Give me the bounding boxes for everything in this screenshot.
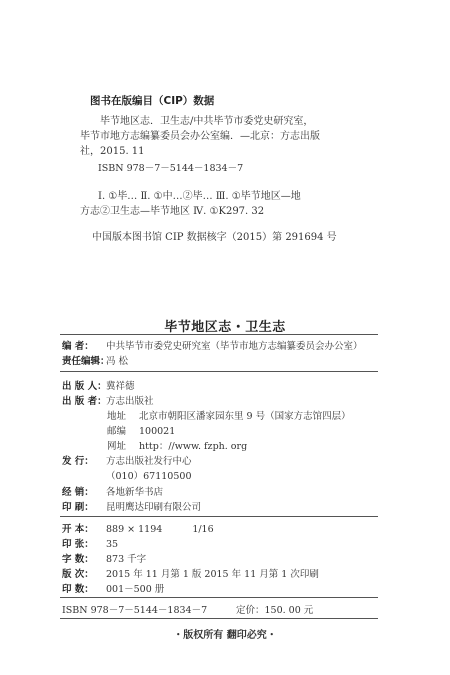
print-run-value: 001－500 册 bbox=[106, 584, 164, 595]
address-value: 北京市朝阳区潘家园东里 9 号（国家方志馆四层） bbox=[139, 411, 351, 422]
website-row: 网址http：//www. fzph. org bbox=[107, 438, 247, 452]
sheets-value: 35 bbox=[106, 539, 118, 550]
divider bbox=[60, 334, 378, 335]
address-row: 地址北京市朝阳区潘家园东里 9 号（国家方志馆四层） bbox=[107, 408, 351, 422]
distribution-label: 发 行： bbox=[62, 453, 106, 467]
sales-label: 经 销： bbox=[62, 484, 106, 498]
divider bbox=[60, 618, 378, 619]
format-value: 889 × 1194 bbox=[106, 524, 162, 535]
format-label: 开 本： bbox=[62, 521, 106, 535]
responsible-editor-label: 责任编辑： bbox=[62, 353, 106, 367]
editor-label: 编 者： bbox=[62, 338, 106, 352]
price-row: 定价：150. 00 元 bbox=[236, 602, 313, 616]
publisher-person-row: 出 版 人：冀祥德 bbox=[62, 378, 135, 392]
print-run-label: 印 数： bbox=[62, 581, 106, 595]
copyright-notice: ・版权所有 翻印必究・ bbox=[0, 626, 450, 641]
publisher-person-value: 冀祥德 bbox=[106, 381, 135, 392]
phone-value: （010）67110500 bbox=[106, 471, 192, 482]
divider bbox=[60, 371, 378, 372]
printer-row: 印 刷：昆明鹰达印刷有限公司 bbox=[62, 499, 201, 513]
postcode-value: 100021 bbox=[139, 426, 175, 437]
sheets-row: 印 张：35 bbox=[62, 536, 118, 550]
publisher-value: 方志出版社 bbox=[106, 396, 154, 407]
phone-row: （010）67110500 bbox=[106, 468, 192, 482]
distribution-row: 发 行：方志出版社发行中心 bbox=[62, 453, 192, 467]
edition-label: 版 次： bbox=[62, 566, 106, 580]
edition-row: 版 次：2015 年 11 月第 1 版 2015 年 11 月第 1 次印刷 bbox=[62, 566, 319, 580]
printer-value: 昆明鹰达印刷有限公司 bbox=[106, 502, 201, 513]
words-label: 字 数： bbox=[62, 551, 106, 565]
responsible-editor-row: 责任编辑：冯 松 bbox=[62, 353, 128, 367]
cip-line: 社，2015. 11 bbox=[80, 142, 145, 157]
cip-line: 毕节地区志．卫生志/中共毕节市委党史研究室， bbox=[100, 112, 313, 127]
isbn-row: ISBN 978－7－5144－1834－7 bbox=[62, 602, 207, 616]
words-row: 字 数：873 千字 bbox=[62, 551, 146, 565]
printer-label: 印 刷： bbox=[62, 499, 106, 513]
publisher-label: 出 版 者： bbox=[62, 393, 106, 407]
print-run-row: 印 数：001－500 册 bbox=[62, 581, 164, 595]
cip-line: 方志②卫生志—毕节地区 Ⅳ. ①K297. 32 bbox=[80, 202, 264, 217]
cip-heading: 图书在版编目（CIP）数据 bbox=[90, 93, 214, 108]
editor-row: 编 者：中共毕节市委党史研究室（毕节市地方志编纂委员会办公室） bbox=[62, 338, 363, 352]
book-title: 毕节地区志・卫生志 bbox=[0, 316, 450, 335]
price-value: 定价：150. 00 元 bbox=[236, 605, 313, 616]
cip-isbn: ISBN 978－7－5144－1834－7 bbox=[98, 160, 243, 174]
sales-row: 经 销：各地新华书店 bbox=[62, 484, 163, 498]
words-value: 873 千字 bbox=[106, 554, 146, 565]
sheets-label: 印 张： bbox=[62, 536, 106, 550]
format-fraction: 1/16 bbox=[192, 524, 213, 535]
postcode-row: 邮编100021 bbox=[107, 423, 175, 437]
sales-value: 各地新华书店 bbox=[106, 487, 163, 498]
publisher-person-label: 出 版 人： bbox=[62, 378, 106, 392]
cip-line: 毕节市地方志编纂委员会办公室编．—北京：方志出版 bbox=[80, 127, 320, 142]
edition-value: 2015 年 11 月第 1 版 2015 年 11 月第 1 次印刷 bbox=[106, 569, 319, 580]
publisher-row: 出 版 者：方志出版社 bbox=[62, 393, 154, 407]
postcode-label: 邮编 bbox=[107, 423, 139, 437]
editor-value: 中共毕节市委党史研究室（毕节市地方志编纂委员会办公室） bbox=[106, 341, 363, 352]
distribution-value: 方志出版社发行中心 bbox=[106, 456, 192, 467]
isbn-value: ISBN 978－7－5144－1834－7 bbox=[62, 605, 207, 616]
divider bbox=[60, 516, 378, 517]
cip-record-number: 中国版本图书馆 CIP 数据核字（2015）第 291694 号 bbox=[92, 228, 337, 243]
cip-line: Ⅰ. ①毕… Ⅱ. ①中…②毕… Ⅲ. ①毕节地区—地 bbox=[98, 187, 301, 202]
format-row: 开 本：889 × 11941/16 bbox=[62, 521, 214, 535]
address-label: 地址 bbox=[107, 408, 139, 422]
website-label: 网址 bbox=[107, 438, 139, 452]
website-value: http：//www. fzph. org bbox=[139, 441, 247, 452]
responsible-editor-value: 冯 松 bbox=[106, 356, 128, 367]
divider bbox=[60, 597, 378, 598]
